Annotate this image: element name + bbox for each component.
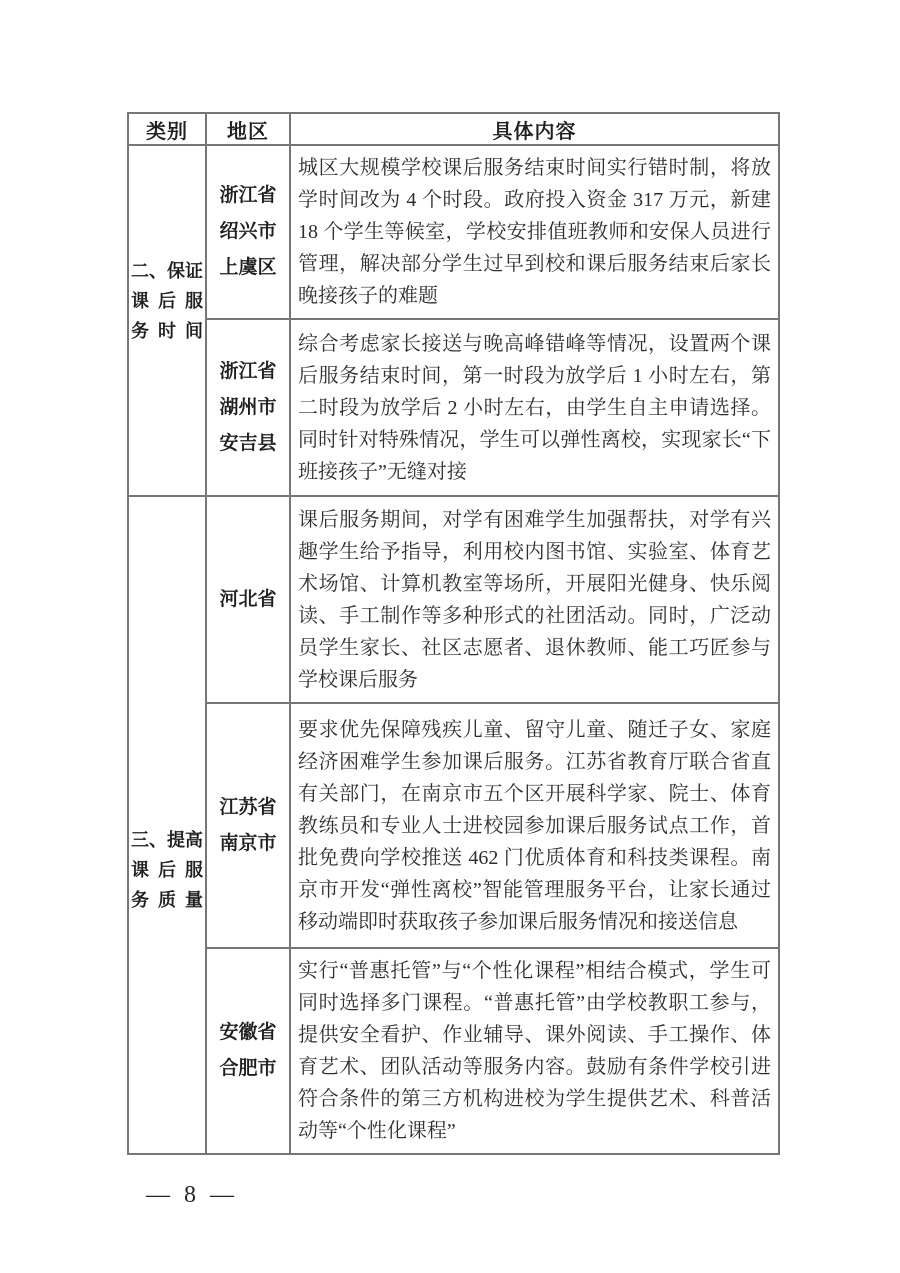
content-cell: 实行“普惠托管”与“个性化课程”相结合模式，学生可同时选择多门课程。“普惠托管”…: [290, 948, 779, 1154]
content-cell: 要求优先保障残疾儿童、留守儿童、随迁子女、家庭经济困难学生参加课后服务。江苏省教…: [290, 703, 779, 948]
table-row: 安徽省合肥市 实行“普惠托管”与“个性化课程”相结合模式，学生可同时选择多门课程…: [128, 948, 779, 1154]
table-row: 二、保证 课后服 务时间 浙江省绍兴市上虞区 城区大规模学校课后服务结束时间实行…: [128, 145, 779, 319]
page-number: — 8 —: [146, 1182, 234, 1209]
document-page: 类别 地区 具体内容 二、保证 课后服 务时间 浙江省绍兴市上虞区 城区大规模学…: [0, 0, 900, 1273]
content-cell: 课后服务期间，对学有困难学生加强帮扶，对学有兴趣学生给予指导，利用校内图书馆、实…: [290, 496, 779, 703]
category-cell-group-3: 三、提高 课后服 务质量: [128, 496, 206, 1154]
header-category: 类别: [128, 113, 206, 145]
table-row: 三、提高 课后服 务质量 河北省 课后服务期间，对学有困难学生加强帮扶，对学有兴…: [128, 496, 779, 703]
table-row: 江苏省南京市 要求优先保障残疾儿童、留守儿童、随迁子女、家庭经济困难学生参加课后…: [128, 703, 779, 948]
region-cell: 浙江省绍兴市上虞区: [206, 145, 290, 319]
table-row: 浙江省湖州市安吉县 综合考虑家长接送与晚高峰错峰等情况，设置两个课后服务结束时间…: [128, 319, 779, 496]
region-cell: 浙江省湖州市安吉县: [206, 319, 290, 496]
region-cell: 安徽省合肥市: [206, 948, 290, 1154]
policy-table: 类别 地区 具体内容 二、保证 课后服 务时间 浙江省绍兴市上虞区 城区大规模学…: [127, 112, 780, 1155]
region-cell: 江苏省南京市: [206, 703, 290, 948]
table-header-row: 类别 地区 具体内容: [128, 113, 779, 145]
header-region: 地区: [206, 113, 290, 145]
category-cell-group-2: 二、保证 课后服 务时间: [128, 145, 206, 496]
header-content: 具体内容: [290, 113, 779, 145]
content-cell: 城区大规模学校课后服务结束时间实行错时制，将放学时间改为 4 个时段。政府投入资…: [290, 145, 779, 319]
content-cell: 综合考虑家长接送与晚高峰错峰等情况，设置两个课后服务结束时间，第一时段为放学后 …: [290, 319, 779, 496]
region-cell: 河北省: [206, 496, 290, 703]
